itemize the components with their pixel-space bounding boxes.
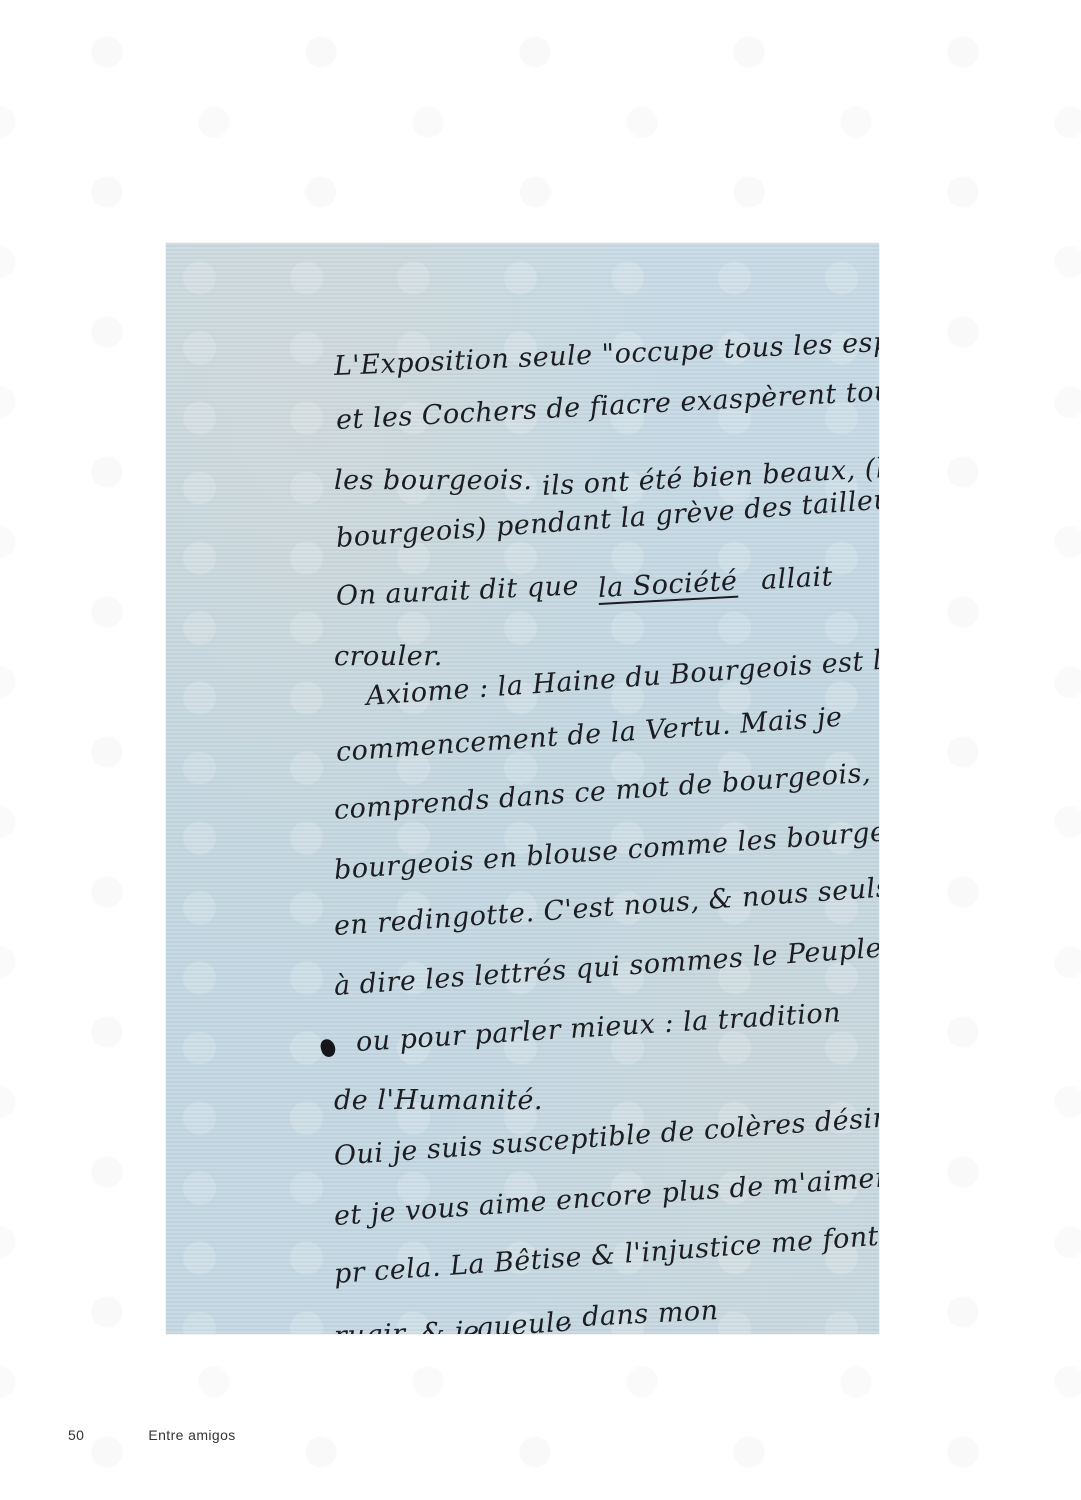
handwritten-line: à dire les lettrés qui sommes le Peuple. (333, 932, 879, 1002)
handwritten-line: comprends dans ce mot de bourgeois, les (333, 754, 879, 826)
handwritten-line: L'Exposition seule "occupe tous les espr… (333, 324, 879, 382)
page-number: 50 (68, 1427, 84, 1443)
handwritten-line: et les Cochers de fiacre exaspèrent tous (335, 375, 879, 436)
handwritten-line: de l'Humanité. (334, 1085, 543, 1116)
handwritten-line: bourgeois en blouse comme les bourgeois (333, 814, 879, 886)
ink-blot (319, 1037, 337, 1058)
handwritten-line: On aurait dit que (335, 570, 579, 612)
handwritten-line: , dans mon (563, 1295, 719, 1334)
manuscript-letter-image: L'Exposition seule "occupe tous les espr… (166, 243, 879, 1334)
handwritten-line: rugir. & je (333, 1316, 480, 1334)
section-title: Entre amigos (148, 1427, 235, 1443)
handwritten-line: pr cela. La Bêtise & l'injustice me font (333, 1221, 879, 1290)
underlined-word: gueule (475, 1306, 573, 1334)
handwritten-line: ou pour parler mieux : la tradition (355, 997, 842, 1058)
handwritten-line: les bourgeois. (334, 465, 532, 496)
handwritten-line: et je vous aime encore plus de m'aimer (333, 1162, 879, 1232)
underlined-phrase: la Société (597, 566, 738, 604)
handwritten-line: crouler. (334, 641, 443, 672)
handwritten-line: allait (760, 561, 833, 596)
page-footer: 50 Entre amigos (68, 1427, 236, 1443)
handwritten-line: commencement de la Vertu. Mais je (335, 702, 844, 768)
